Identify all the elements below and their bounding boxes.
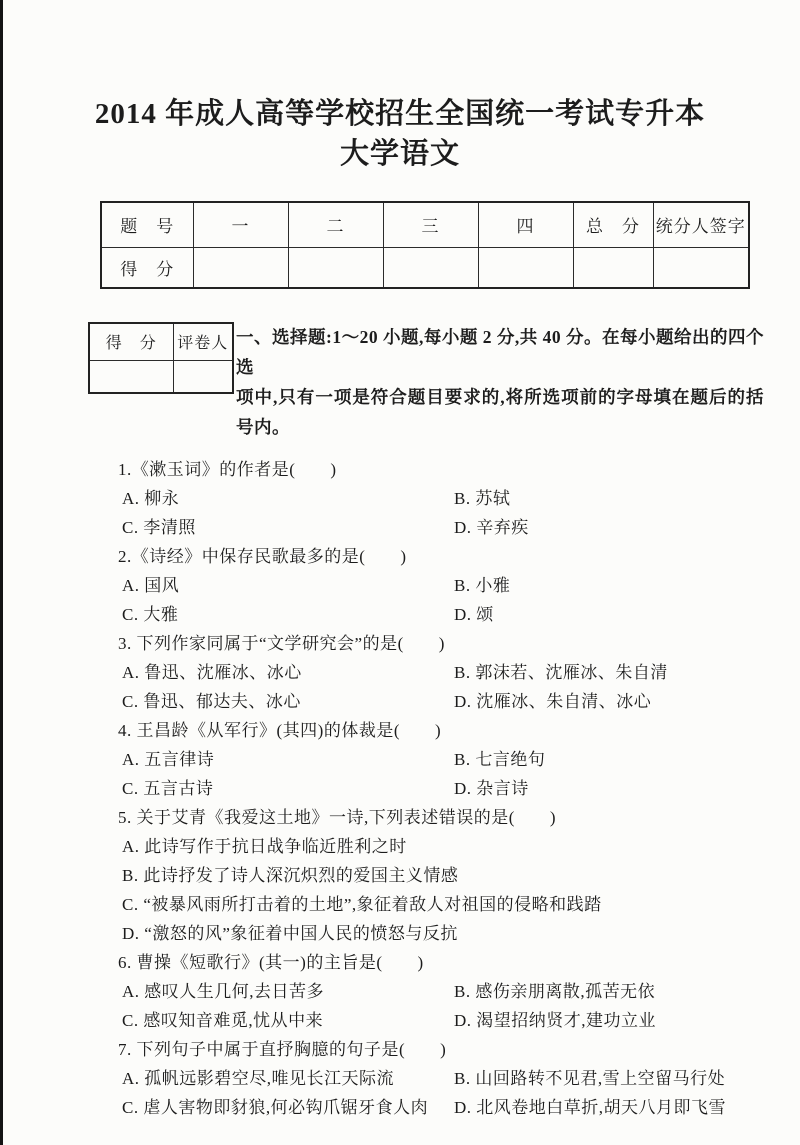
grader-box-grader-label: 评卷人 (173, 323, 233, 360)
question-6-option-a: A. 感叹人生几何,去日苦多 (122, 977, 454, 1006)
question-2-stem: 2.《诗经》中保存民歌最多的是( ) (118, 542, 766, 571)
question-4: 4. 王昌龄《从军行》(其四)的体裁是( ) A. 五言律诗 B. 七言绝句 C… (118, 716, 766, 803)
grader-score-box: 得 分 评卷人 (88, 322, 234, 394)
question-1-option-c: C. 李清照 (122, 513, 454, 542)
question-7-option-c: C. 虐人害物即豺狼,何必钩爪锯牙食人肉 (122, 1093, 454, 1122)
question-3: 3. 下列作家同属于“文学研究会”的是( ) A. 鲁迅、沈雁冰、冰心 B. 郭… (118, 629, 766, 716)
score-cell-empty (383, 247, 478, 288)
score-table-label-score: 得 分 (101, 247, 193, 288)
question-7-option-b: B. 山回路转不见君,雪上空留马行处 (454, 1064, 766, 1093)
score-cell-empty (573, 247, 653, 288)
score-table-header-row: 题 号 一 二 三 四 总 分 统分人签字 (101, 202, 749, 247)
question-7-option-d: D. 北风卷地白草折,胡天八月即飞雪 (454, 1093, 766, 1122)
question-7-option-a: A. 孤帆远影碧空尽,唯见长江天际流 (122, 1064, 454, 1093)
question-2-option-b: B. 小雅 (454, 571, 766, 600)
question-7: 7. 下列句子中属于直抒胸臆的句子是( ) A. 孤帆远影碧空尽,唯见长江天际流… (118, 1035, 766, 1122)
score-cell-empty (193, 247, 288, 288)
scan-edge-artifact (0, 0, 3, 1145)
question-2-option-c: C. 大雅 (122, 600, 454, 629)
score-table-label-signature: 统分人签字 (653, 202, 749, 247)
question-5-option-a: A. 此诗写作于抗日战争临近胜利之时 (122, 832, 766, 861)
score-table-section-2: 二 (288, 202, 383, 247)
question-4-option-d: D. 杂言诗 (454, 774, 766, 803)
question-6-option-b: B. 感伤亲朋离散,孤苦无依 (454, 977, 766, 1006)
question-2: 2.《诗经》中保存民歌最多的是( ) A. 国风 B. 小雅 C. 大雅 D. … (118, 542, 766, 629)
paper-title: 2014 年成人高等学校招生全国统一考试专升本 大学语文 (0, 0, 800, 174)
instructions-line-2: 项中,只有一项是符合题目要求的,将所选项前的字母填在题后的括 (236, 382, 764, 412)
question-7-stem: 7. 下列句子中属于直抒胸臆的句子是( ) (118, 1035, 766, 1064)
paper-title-line2: 大学语文 (0, 134, 800, 174)
question-5-option-b: B. 此诗抒发了诗人深沉炽烈的爱国主义情感 (122, 861, 766, 890)
score-table-section-4: 四 (478, 202, 573, 247)
question-3-option-d: D. 沈雁冰、朱自清、冰心 (454, 687, 766, 716)
question-6-option-c: C. 感叹知音难觅,忧从中来 (122, 1006, 454, 1035)
score-cell-empty (288, 247, 383, 288)
question-5: 5. 关于艾青《我爱这土地》一诗,下列表述错误的是( ) A. 此诗写作于抗日战… (118, 803, 766, 948)
question-4-option-a: A. 五言律诗 (122, 745, 454, 774)
instructions-line-3: 号内。 (236, 412, 764, 442)
score-table-label-question-number: 题 号 (101, 202, 193, 247)
score-summary-table: 题 号 一 二 三 四 总 分 统分人签字 得 分 (100, 201, 750, 289)
section-one-instructions: 一、选择题:1～20 小题,每小题 2 分,共 40 分。在每小题给出的四个选 … (236, 322, 764, 442)
question-5-stem: 5. 关于艾青《我爱这土地》一诗,下列表述错误的是( ) (118, 803, 766, 832)
question-4-option-b: B. 七言绝句 (454, 745, 766, 774)
question-1-option-d: D. 辛弃疾 (454, 513, 766, 542)
question-6: 6. 曹操《短歌行》(其一)的主旨是( ) A. 感叹人生几何,去日苦多 B. … (118, 948, 766, 1035)
grader-box-grader-cell-empty (173, 360, 233, 393)
question-3-option-b: B. 郭沫若、沈雁冰、朱自清 (454, 658, 766, 687)
question-2-option-a: A. 国风 (122, 571, 454, 600)
instructions-line-1: 一、选择题:1～20 小题,每小题 2 分,共 40 分。在每小题给出的四个选 (236, 322, 764, 382)
score-table-section-3: 三 (383, 202, 478, 247)
score-table-section-1: 一 (193, 202, 288, 247)
question-5-option-d: D. “激怒的风”象征着中国人民的愤怒与反抗 (122, 919, 766, 948)
question-6-stem: 6. 曹操《短歌行》(其一)的主旨是( ) (118, 948, 766, 977)
question-5-option-c: C. “被暴风雨所打击着的土地”,象征着敌人对祖国的侵略和践踏 (122, 890, 766, 919)
score-cell-empty (478, 247, 573, 288)
question-4-option-c: C. 五言古诗 (122, 774, 454, 803)
score-table-label-total: 总 分 (573, 202, 653, 247)
question-1-stem: 1.《漱玉词》的作者是( ) (118, 455, 766, 484)
grader-box-header-row: 得 分 评卷人 (89, 323, 233, 360)
grader-box-score-label: 得 分 (89, 323, 173, 360)
score-cell-empty (653, 247, 749, 288)
exam-paper-page: 2014 年成人高等学校招生全国统一考试专升本 大学语文 题 号 一 二 三 四… (0, 0, 800, 1145)
questions-list: 1.《漱玉词》的作者是( ) A. 柳永 B. 苏轼 C. 李清照 D. 辛弃疾… (118, 455, 766, 1122)
question-1: 1.《漱玉词》的作者是( ) A. 柳永 B. 苏轼 C. 李清照 D. 辛弃疾 (118, 455, 766, 542)
question-3-option-c: C. 鲁迅、郁达夫、冰心 (122, 687, 454, 716)
grader-box-empty-row (89, 360, 233, 393)
question-1-option-a: A. 柳永 (122, 484, 454, 513)
question-2-option-d: D. 颂 (454, 600, 766, 629)
question-6-option-d: D. 渴望招纳贤才,建功立业 (454, 1006, 766, 1035)
paper-title-line1: 2014 年成人高等学校招生全国统一考试专升本 (0, 94, 800, 134)
question-4-stem: 4. 王昌龄《从军行》(其四)的体裁是( ) (118, 716, 766, 745)
grader-box-score-cell-empty (89, 360, 173, 393)
question-3-option-a: A. 鲁迅、沈雁冰、冰心 (122, 658, 454, 687)
section-one-header-row: 得 分 评卷人 一、选择题:1～20 小题,每小题 2 分,共 40 分。在每小… (88, 322, 764, 442)
question-3-stem: 3. 下列作家同属于“文学研究会”的是( ) (118, 629, 766, 658)
score-table-score-row: 得 分 (101, 247, 749, 288)
question-1-option-b: B. 苏轼 (454, 484, 766, 513)
